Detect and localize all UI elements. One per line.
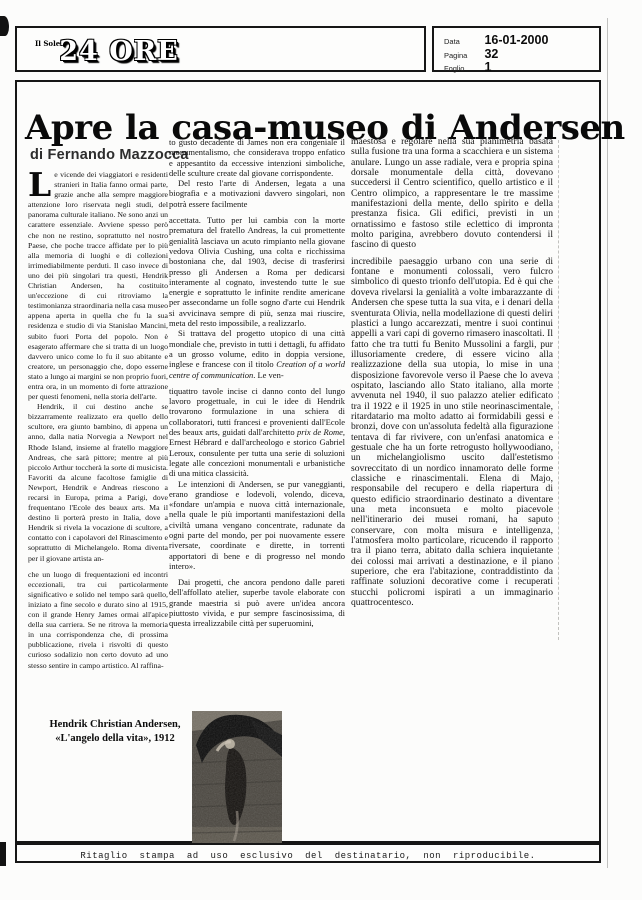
article-column-2: to gusto decadente di James non era cong… — [169, 137, 345, 629]
drop-cap: L — [28, 170, 54, 198]
body-paragraph: accettata. Tutto per lui cambia con la m… — [169, 215, 345, 328]
article-column-3: maestosa e regolare nella sua planimetri… — [351, 137, 553, 608]
scan-smudge-bottom-left — [0, 842, 6, 866]
disclaimer-text: Ritaglio stampa ad uso esclusivo del des… — [80, 851, 535, 861]
logo-main-text: 24 ORE — [59, 36, 179, 67]
paragraph-text: e vicende dei viaggiatori e residenti st… — [28, 170, 168, 401]
body-paragraph: Si trattava del progetto utopico di una … — [169, 328, 345, 379]
crop-mark-dashed-line — [558, 140, 559, 640]
newspaper-clipping-page: Il Sole24 ORE Data 16-01-2000 Pagina 32 … — [0, 0, 642, 900]
sculpture-photo-image — [192, 711, 282, 845]
body-paragraph: Le vicende dei viaggiatori e residenti s… — [28, 170, 168, 402]
italic-term: prix de Rome — [297, 427, 343, 437]
sheet-row: Foglio 1 — [444, 58, 491, 76]
sheet-value: 1 — [484, 60, 491, 74]
body-paragraph: maestosa e regolare nella sua planimetri… — [351, 137, 553, 251]
body-paragraph: incredibile paesaggio urbano con una ser… — [351, 257, 553, 609]
body-paragraph: to gusto decadente di James non era cong… — [169, 137, 345, 178]
body-paragraph: Le intenzioni di Andersen, se pur vanegg… — [169, 479, 345, 572]
body-paragraph: Hendrik, il cui destino anche se bizzarr… — [28, 402, 168, 564]
paragraph-text: . Le ven- — [253, 370, 283, 380]
body-paragraph: Del resto l'arte di Andersen, legata a u… — [169, 178, 345, 209]
disclaimer-bar: Ritaglio stampa ad uso esclusivo del des… — [15, 843, 601, 863]
scan-smudge-top-left — [0, 16, 9, 36]
body-paragraph: che un luogo di frequentazioni ed incont… — [28, 570, 168, 671]
clipping-info-box: Data 16-01-2000 Pagina 32 Foglio 1 — [432, 26, 601, 72]
newspaper-logo: Il Sole24 ORE — [35, 36, 179, 67]
article-byline: di Fernando Mazzocca — [30, 147, 189, 163]
logo-prefix-text: Il Sole — [35, 39, 60, 48]
sculpture-photo — [192, 711, 282, 845]
article-frame: Apre la casa-museo di Andersen di Fernan… — [15, 80, 601, 843]
masthead-box: Il Sole24 ORE — [15, 26, 426, 72]
photo-caption: Hendrik Christian Andersen, «L'angelo de… — [39, 718, 191, 745]
sheet-label: Foglio — [444, 64, 480, 73]
caption-line-2: «L'angelo della vita», 1912 — [39, 732, 191, 746]
caption-line-1: Hendrik Christian Andersen, — [39, 718, 191, 732]
article-column-1: Le vicende dei viaggiatori e residenti s… — [28, 170, 168, 671]
body-paragraph: Dai progetti, che ancora pendono dalle p… — [169, 577, 345, 628]
body-paragraph: tiquattro tavole incise ci danno conto d… — [169, 386, 345, 479]
